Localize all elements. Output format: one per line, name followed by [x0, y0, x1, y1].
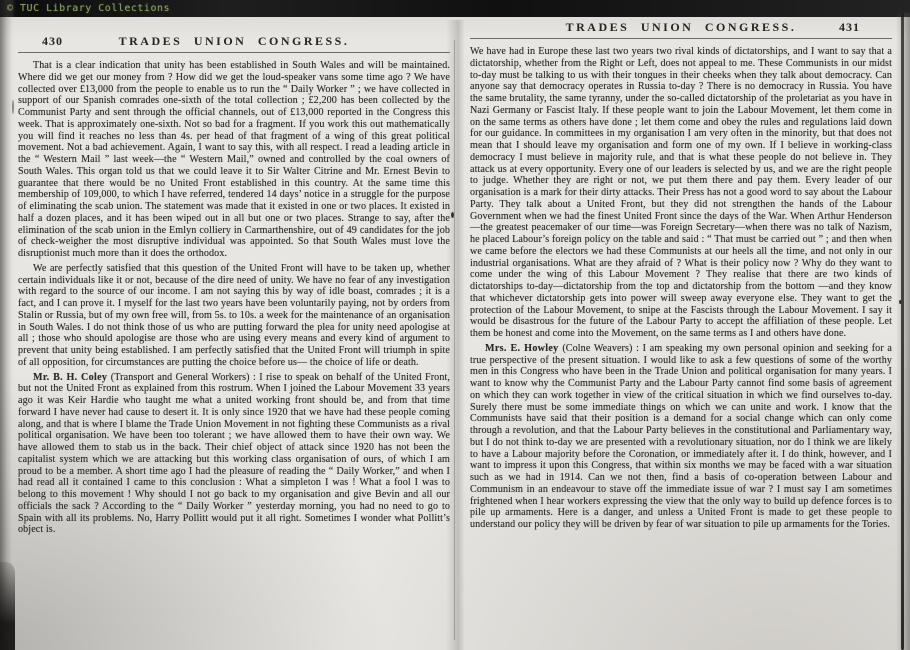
right-page-header: TRADES UNION CONGRESS. 431 [470, 20, 892, 35]
left-scan-edge [0, 0, 16, 650]
scan-speck [899, 300, 902, 304]
paragraph: We are perfectly satisfied that this que… [18, 263, 450, 369]
right-header-rule [470, 38, 892, 39]
paragraph: Mr. B. H. Coley (Transport and General W… [18, 372, 450, 537]
speaker-name: Mr. B. H. Coley [33, 372, 111, 383]
speaker-name: Mrs. E. Howley [485, 343, 562, 354]
watermark-bar: © TUC Library Collections [0, 0, 910, 17]
left-page-header: 430 TRADES UNION CONGRESS. [18, 34, 450, 49]
bottom-left-scan-artifact [0, 562, 15, 650]
scanned-document: © TUC Library Collections 430 TRADES UNI… [0, 0, 910, 650]
left-page: 430 TRADES UNION CONGRESS. That is a cle… [18, 34, 450, 539]
right-scan-edge-line [901, 13, 904, 650]
right-scan-edge-shade [896, 13, 910, 650]
scan-speck [451, 212, 454, 218]
left-running-title: TRADES UNION CONGRESS. [18, 34, 450, 49]
right-page-body: We have had in Europe these last two yea… [470, 46, 892, 531]
right-page: TRADES UNION CONGRESS. 431 We have had i… [470, 20, 892, 534]
right-running-title: TRADES UNION CONGRESS. [470, 20, 892, 35]
paragraph: We have had in Europe these last two yea… [470, 46, 892, 340]
paragraph: Mrs. E. Howley (Colne Weavers) : I am sp… [470, 343, 892, 531]
paragraph: That is a clear indication that unity ha… [18, 60, 450, 260]
left-header-rule [18, 52, 450, 53]
page-gutter-line [454, 40, 455, 640]
scan-speck [12, 100, 14, 114]
left-page-body: That is a clear indication that unity ha… [18, 60, 450, 536]
copyright-watermark-text: © TUC Library Collections [0, 3, 170, 14]
left-page-number: 430 [42, 34, 63, 49]
right-page-number: 431 [839, 20, 860, 35]
